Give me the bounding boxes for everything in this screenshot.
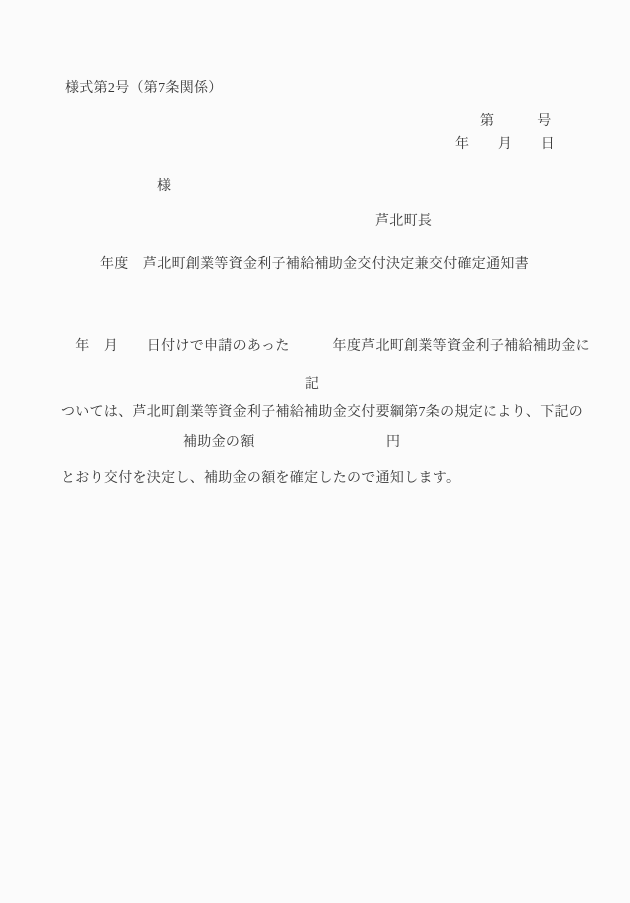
document-title: 年度 芦北町創業等資金利子補給補助金交付決定兼交付確定通知書 [100, 258, 529, 272]
body-line-2: ついては、芦北町創業等資金利子補給補助金交付要綱第7条の規定により、下記の [61, 402, 586, 424]
body-line-3: とおり交付を決定し、補助金の額を確定したので通知します。 [61, 468, 586, 490]
form-number: 様式第2号（第7条関係） [65, 82, 223, 96]
body-line-1: 年 月 日付けで申請のあった 年度芦北町創業等資金利子補給補助金に [61, 336, 586, 358]
addressee-honorific: 様 [157, 180, 171, 194]
amount-label: 補助金の額 [183, 436, 255, 450]
body-paragraph: 年 月 日付けで申請のあった 年度芦北町創業等資金利子補給補助金に ついては、芦… [61, 292, 586, 534]
document-page: 様式第2号（第7条関係） 第 号 年 月 日 様 芦北町長 年度 芦北町創業等資… [0, 0, 630, 903]
amount-unit: 円 [386, 436, 400, 450]
date-line: 年 月 日 [455, 138, 555, 152]
document-number-line: 第 号 [480, 115, 552, 129]
sender-title: 芦北町長 [375, 215, 432, 229]
record-marker: 記 [305, 378, 319, 392]
